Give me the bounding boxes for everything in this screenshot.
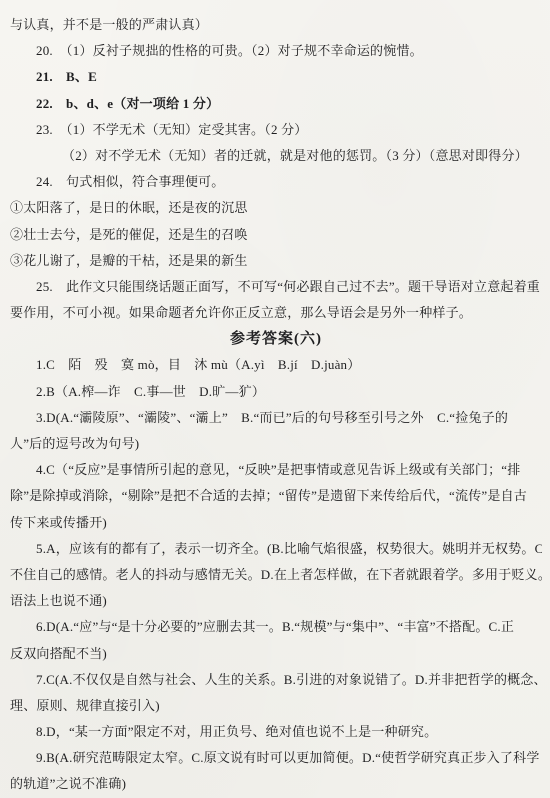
answer-item-21: 21. B、E <box>10 64 542 90</box>
answer-item-9: 9.B(A.研究范畴限定太窄。C.原文说有时可以更加简便。D.“使哲学研究真正步… <box>10 745 542 771</box>
answer-item-6-continuation: 反双向搭配不当) <box>10 641 542 667</box>
page-top-continuation-line: 与认真，并不是一般的严肃认真） <box>10 12 542 38</box>
answer-item-5-continuation-2: 语法上也说不通) <box>10 588 542 614</box>
answer-item-4: 4.C（“反应”是事情所引起的意见，“反映”是把事情或意见告诉上级或有关部门；“… <box>10 457 542 483</box>
answer-item-23-part1: 23. （1）不学无术（无知）定受其害。（2 分） <box>10 117 542 143</box>
answer-item-23-part2: （2）对不学无术（无知）者的迁就，就是对他的惩罚。（3 分）（意思对即得分） <box>10 143 542 169</box>
answer-item-7-continuation: 理、原则、规律直接引入) <box>10 693 542 719</box>
answer-item-22: 22. b、d、e（对一项给 1 分） <box>10 91 542 117</box>
answer-item-9-continuation: 的轨道”之说不准确) <box>10 771 542 797</box>
answer-item-5-continuation-1: 不住自己的感情。老人的抖动与感情无关。D.在上者怎样做，在下者就跟着学。多用于贬… <box>10 562 542 588</box>
answer-item-3-continuation: 人”后的逗号改为句号) <box>10 431 542 457</box>
answer-item-8: 8.D，“某一方面”限定不对，用正负号、绝对值也说不上是一种研究。 <box>10 719 542 745</box>
answer-item-6: 6.D(A.“应”与“是十分必要的”应删去其一。B.“规模”与“集中”、“丰富”… <box>10 614 542 640</box>
answer-item-4-continuation-2: 传下来或传播开) <box>10 510 542 536</box>
answer-item-25-continuation: 要作用，不可小视。如果命题者允许你正反立意，那么导语会是另外一种样子。 <box>10 300 542 326</box>
answer-item-2: 2.B（A.榨—诈 C.事—世 D.旷—犷） <box>10 379 542 405</box>
answer-item-7: 7.C(A.不仅仅是自然与社会、人生的关系。B.引进的对象说错了。D.并非把哲学… <box>10 667 542 693</box>
example-sentence-2: ②壮士去兮，是死的催促，还是生的召唤 <box>10 222 542 248</box>
answer-item-1: 1.C 陌 殁 寞 mò，目 沐 mù（A.yì B.jí D.juàn） <box>10 352 542 378</box>
answer-item-3: 3.D(A.“灞陵原”、“灞陵”、“灞上” B.“而已”后的句号移至引号之外 C… <box>10 405 542 431</box>
answer-item-4-continuation-1: 除”是除掉或消除，“剔除”是把不合适的去掉；“留传”是遗留下来传给后代，“流传”… <box>10 483 542 509</box>
answer-item-24: 24. 句式相似，符合事理便可。 <box>10 169 542 195</box>
example-sentence-1: ①太阳落了，是日的休眠，还是夜的沉思 <box>10 195 542 221</box>
answer-item-20: 20. （1）反衬子规拙的性格的可贵。（2）对子规不幸命运的惋惜。 <box>10 38 542 64</box>
scanned-document-page: 与认真，并不是一般的严肃认真） 20. （1）反衬子规拙的性格的可贵。（2）对子… <box>0 0 550 798</box>
answer-item-5: 5.A，应该有的都有了，表示一切齐全。(B.比喻气焰很盛，权势很大。姚明并无权势… <box>10 536 542 562</box>
section-heading: 参考答案(六) <box>10 326 542 352</box>
example-sentence-3: ③花儿谢了，是瓣的干枯，还是果的新生 <box>10 248 542 274</box>
answer-item-25: 25. 此作文只能围绕话题正面写，不可写“何必跟自己过不去”。题干导语对立意起着… <box>10 274 542 300</box>
